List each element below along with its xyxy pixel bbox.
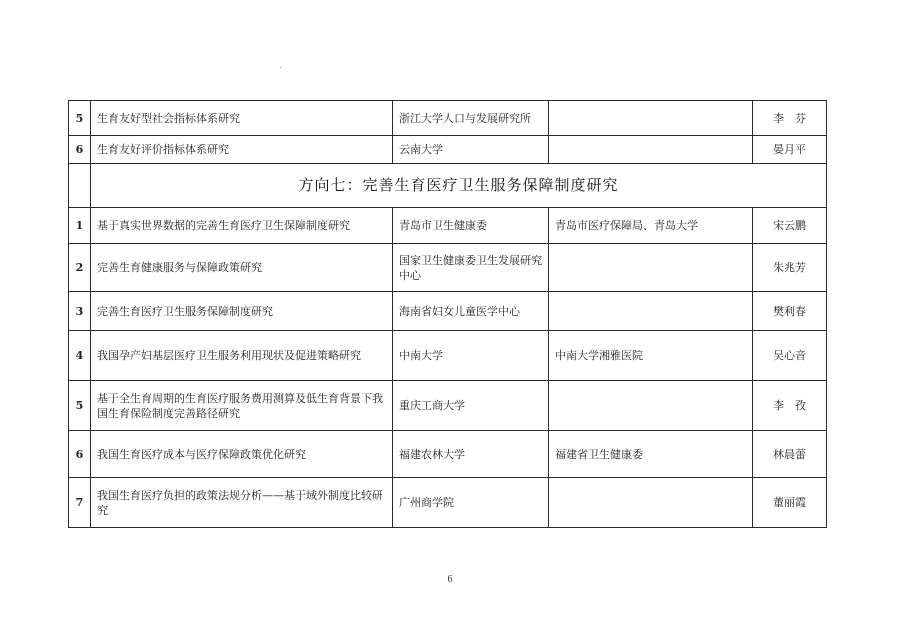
- lead-unit-cell: 海南省妇女儿童医学中心: [393, 292, 549, 331]
- topic-cell: 基于真实世界数据的完善生育医疗卫生保障制度研究: [91, 208, 393, 244]
- lead-unit-cell: 国家卫生健康委卫生发展研究中心: [393, 244, 549, 292]
- topic-cell: 生育友好评价指标体系研究: [91, 136, 393, 164]
- person-cell: 董丽霞: [753, 478, 827, 528]
- topic-cell: 基于全生育周期的生育医疗服务费用测算及低生育背景下我国生育保险制度完善路径研究: [91, 381, 393, 431]
- person-cell: 晏月平: [753, 136, 827, 164]
- person-cell: 朱兆芳: [753, 244, 827, 292]
- partner-unit-cell: [549, 101, 753, 136]
- person-cell: 樊利春: [753, 292, 827, 331]
- table-row: 1 基于真实世界数据的完善生育医疗卫生保障制度研究 青岛市卫生健康委 青岛市医疗…: [69, 208, 827, 244]
- lead-unit-cell: 云南大学: [393, 136, 549, 164]
- partner-unit-cell: [549, 244, 753, 292]
- partner-unit-cell: [549, 381, 753, 431]
- row-number: 6: [69, 431, 91, 478]
- table-row: 7 我国生育医疗负担的政策法规分析——基于域外制度比较研究 广州商学院 董丽霞: [69, 478, 827, 528]
- partner-unit-cell: [549, 478, 753, 528]
- person-cell: 宋云鹏: [753, 208, 827, 244]
- person-cell: 李 孜: [753, 381, 827, 431]
- table-row: 5 基于全生育周期的生育医疗服务费用测算及低生育背景下我国生育保险制度完善路径研…: [69, 381, 827, 431]
- partner-unit-cell: [549, 136, 753, 164]
- table-row: 6 我国生育医疗成本与医疗保障政策优化研究 福建农林大学 福建省卫生健康委 林晨…: [69, 431, 827, 478]
- partner-unit-cell: [549, 292, 753, 331]
- lead-unit-cell: 中南大学: [393, 331, 549, 381]
- table-row: 4 我国孕产妇基层医疗卫生服务利用现状及促进策略研究 中南大学 中南大学湘雅医院…: [69, 331, 827, 381]
- person-cell: 林晨蕾: [753, 431, 827, 478]
- topic-cell: 我国生育医疗成本与医疗保障政策优化研究: [91, 431, 393, 478]
- row-number: 2: [69, 244, 91, 292]
- lead-unit-cell: 福建农林大学: [393, 431, 549, 478]
- table-row: 6 生育友好评价指标体系研究 云南大学 晏月平: [69, 136, 827, 164]
- section-header-row: 方向七：完善生育医疗卫生服务保障制度研究: [69, 164, 827, 208]
- person-cell: 李 芬: [753, 101, 827, 136]
- row-number: 5: [69, 101, 91, 136]
- lead-unit-cell: 青岛市卫生健康委: [393, 208, 549, 244]
- row-number: 5: [69, 381, 91, 431]
- partner-unit-cell: 福建省卫生健康委: [549, 431, 753, 478]
- page-number: 6: [0, 574, 900, 585]
- topic-cell: 完善生育健康服务与保障政策研究: [91, 244, 393, 292]
- row-number: 7: [69, 478, 91, 528]
- table-row: 3 完善生育医疗卫生服务保障制度研究 海南省妇女儿童医学中心 樊利春: [69, 292, 827, 331]
- partner-unit-cell: 青岛市医疗保障局、青岛大学: [549, 208, 753, 244]
- project-table: 5 生育友好型社会指标体系研究 浙江大学人口与发展研究所 李 芬 6 生育友好评…: [68, 100, 827, 528]
- row-number: 4: [69, 331, 91, 381]
- table-row: 5 生育友好型社会指标体系研究 浙江大学人口与发展研究所 李 芬: [69, 101, 827, 136]
- scan-speck: [280, 67, 281, 68]
- row-number: 1: [69, 208, 91, 244]
- lead-unit-cell: 广州商学院: [393, 478, 549, 528]
- section-title: 方向七：完善生育医疗卫生服务保障制度研究: [91, 164, 827, 208]
- table-row: 2 完善生育健康服务与保障政策研究 国家卫生健康委卫生发展研究中心 朱兆芳: [69, 244, 827, 292]
- topic-cell: 我国生育医疗负担的政策法规分析——基于域外制度比较研究: [91, 478, 393, 528]
- person-cell: 吴心音: [753, 331, 827, 381]
- blank-number-cell: [69, 164, 91, 208]
- lead-unit-cell: 浙江大学人口与发展研究所: [393, 101, 549, 136]
- topic-cell: 我国孕产妇基层医疗卫生服务利用现状及促进策略研究: [91, 331, 393, 381]
- topic-cell: 完善生育医疗卫生服务保障制度研究: [91, 292, 393, 331]
- lead-unit-cell: 重庆工商大学: [393, 381, 549, 431]
- row-number: 3: [69, 292, 91, 331]
- topic-cell: 生育友好型社会指标体系研究: [91, 101, 393, 136]
- partner-unit-cell: 中南大学湘雅医院: [549, 331, 753, 381]
- row-number: 6: [69, 136, 91, 164]
